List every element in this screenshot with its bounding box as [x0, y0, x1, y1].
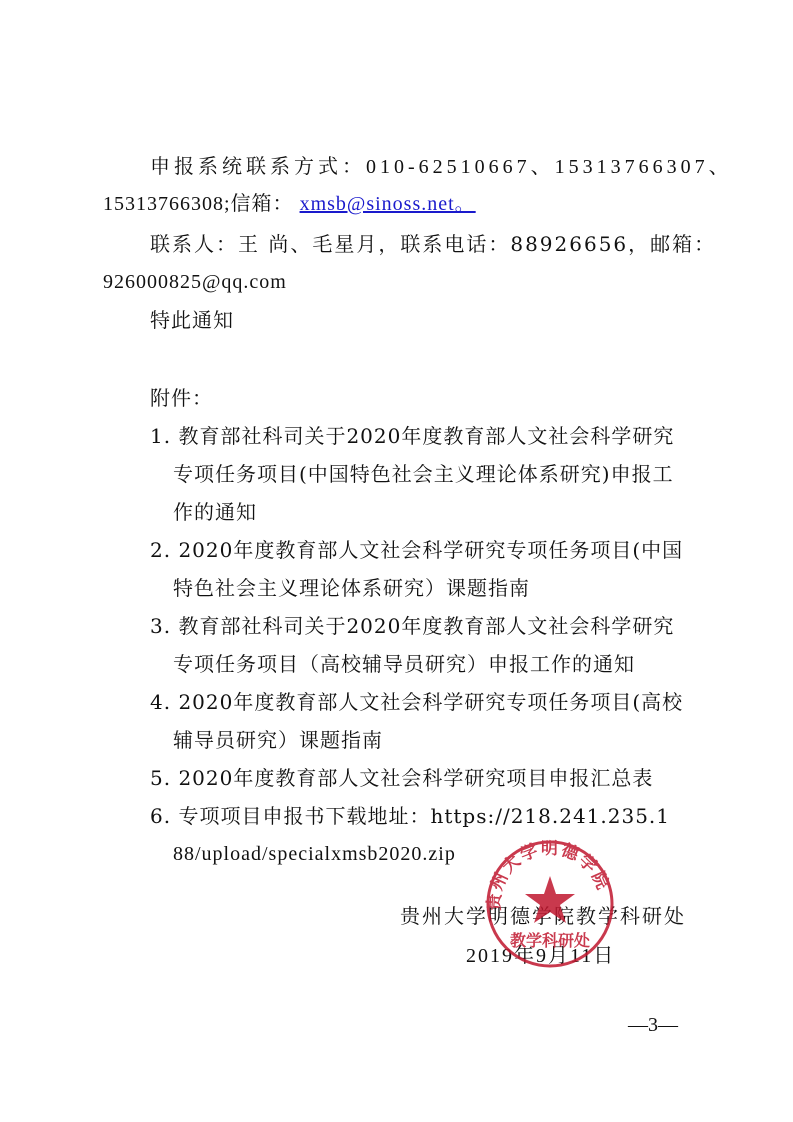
- item-number: 4.: [150, 690, 171, 714]
- item-number: 5.: [150, 766, 171, 790]
- download-url-cont[interactable]: 88/upload/specialxmsb2020.zip: [173, 840, 456, 868]
- official-seal-icon: 贵州大学明德学院 教学科研处: [484, 838, 616, 970]
- item-text: 专项项目申报书下载地址：https://218.241.235.1: [178, 804, 670, 828]
- item-number: 3.: [150, 614, 171, 638]
- attachment-item-3-cont: 专项任务项目（高校辅导员研究）申报工作的通知: [173, 650, 635, 678]
- attachment-item-3: 3. 教育部社科司关于2020年度教育部人文社会科学研究: [150, 612, 674, 640]
- item-text: 2020年度教育部人文社会科学研究专项任务项目(高校: [178, 690, 683, 714]
- attachment-item-5: 5. 2020年度教育部人文社会科学研究项目申报汇总表: [150, 764, 653, 792]
- seal-bottom-text: 教学科研处: [510, 931, 590, 950]
- attachment-item-1-cont: 专项任务项目(中国特色社会主义理论体系研究)申报工: [173, 460, 674, 488]
- system-contact-phones: 010-62510667、15313766307、: [366, 156, 733, 178]
- attachment-item-4-cont: 辅导员研究）课题指南: [173, 726, 383, 754]
- attachments-heading: 附件：: [150, 384, 213, 412]
- attachment-item-6: 6. 专项项目申报书下载地址：https://218.241.235.1: [150, 802, 670, 830]
- system-contact-line-2: 15313766308;信箱： xmsb@sinoss.net。: [103, 190, 476, 218]
- item-text: 教育部社科司关于2020年度教育部人文社会科学研究: [178, 424, 674, 448]
- item-text: 2020年度教育部人文社会科学研究专项任务项目(中国: [178, 538, 683, 562]
- item-text: 2020年度教育部人文社会科学研究项目申报汇总表: [178, 766, 653, 790]
- contact-person-line: 联系人：王 尚、毛星月，联系电话：88926656，邮箱：: [150, 230, 716, 258]
- system-contact-phones-cont: 15313766308;信箱：: [103, 193, 294, 215]
- attachment-item-1-cont2: 作的通知: [173, 498, 257, 526]
- closing-text: 特此通知: [150, 306, 234, 334]
- item-number: 6.: [150, 804, 171, 828]
- item-text: 教育部社科司关于2020年度教育部人文社会科学研究: [178, 614, 674, 638]
- star-icon: [525, 876, 575, 923]
- item-number: 2.: [150, 538, 171, 562]
- attachment-item-2-cont: 特色社会主义理论体系研究）课题指南: [173, 574, 530, 602]
- contact-person-email: 926000825@qq.com: [103, 268, 287, 296]
- attachment-item-2: 2. 2020年度教育部人文社会科学研究专项任务项目(中国: [150, 536, 683, 564]
- system-contact-line: 申报系统联系方式：010-62510667、15313766307、: [150, 152, 733, 181]
- system-email-link[interactable]: xmsb@sinoss.net。: [300, 193, 476, 215]
- page-number: —3—: [628, 1014, 678, 1037]
- attachment-item-4: 4. 2020年度教育部人文社会科学研究专项任务项目(高校: [150, 688, 683, 716]
- system-contact-label: 申报系统联系方式：: [150, 154, 366, 178]
- attachment-item-1: 1. 教育部社科司关于2020年度教育部人文社会科学研究: [150, 422, 674, 450]
- item-number: 1.: [150, 424, 171, 448]
